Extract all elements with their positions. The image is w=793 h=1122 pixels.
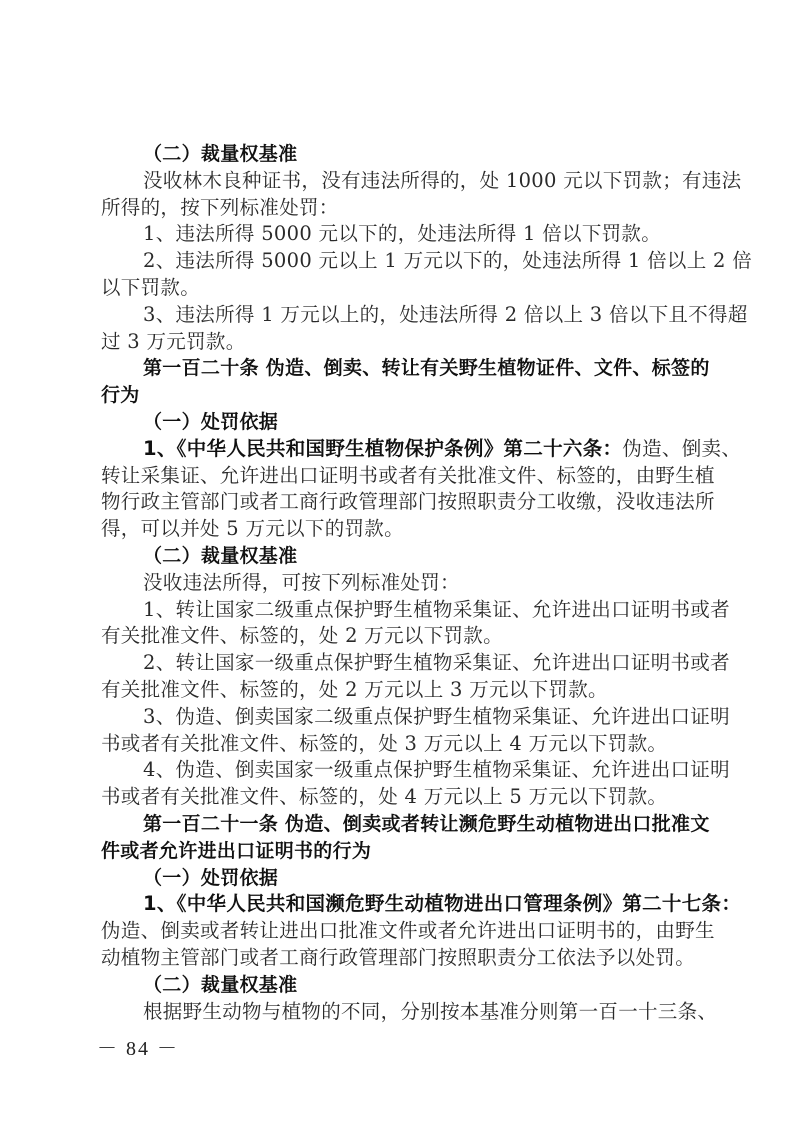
text-line: 所得的，按下列标准处罚： [101, 195, 691, 222]
text-line: 行为 [101, 382, 691, 409]
article-heading: 第一百二十条 伪造、倒卖、转让有关野生植物证件、文件、标签的行为 [101, 355, 691, 409]
text-line: （一）处罚依据 [101, 409, 691, 436]
text-line: 以下罚款。 [101, 275, 691, 302]
citation-title: 1、《中华人民共和国野生植物保护条例》第二十六条： [143, 437, 622, 460]
section-subheading: （二）裁量权基准 [101, 141, 691, 168]
text-line: 有关批准文件、标签的，处 2 万元以下罚款。 [101, 623, 691, 650]
text-line: 第一百二十条 伪造、倒卖、转让有关野生植物证件、文件、标签的 [101, 355, 691, 382]
text-line: 件或者允许进出口证明书的行为 [101, 838, 691, 865]
text-line: 1、《中华人民共和国野生植物保护条例》第二十六条：伪造、倒卖、 [101, 436, 691, 463]
text-line: （二）裁量权基准 [101, 543, 691, 570]
text-line: （二）裁量权基准 [101, 141, 691, 168]
text-line: 书或者有关批准文件、标签的，处 3 万元以上 4 万元以下罚款。 [101, 731, 691, 758]
text-line: 2、转让国家一级重点保护野生植物采集证、允许进出口证明书或者 [101, 650, 691, 677]
text-line: 有关批准文件、标签的，处 2 万元以上 3 万元以下罚款。 [101, 677, 691, 704]
page-number: － 84 － [97, 1032, 179, 1061]
paragraph: 2、转让国家一级重点保护野生植物采集证、允许进出口证明书或者有关批准文件、标签的… [101, 650, 691, 704]
text-line: 没收林木良种证书，没有违法所得的，处 1000 元以下罚款；有违法 [101, 168, 691, 195]
text-line: 2、违法所得 5000 元以上 1 万元以下的，处违法所得 1 倍以上 2 倍 [101, 248, 691, 275]
article-heading: 第一百二十一条 伪造、倒卖或者转让濒危野生动植物进出口批准文件或者允许进出口证明… [101, 811, 691, 865]
legal-citation: 1、《中华人民共和国濒危野生动植物进出口管理条例》第二十七条：伪造、倒卖或者转让… [101, 891, 691, 971]
paragraph: 3、伪造、倒卖国家二级重点保护野生植物采集证、允许进出口证明书或者有关批准文件、… [101, 704, 691, 758]
citation-text: 伪造、倒卖、 [622, 437, 741, 460]
text-line: 1、《中华人民共和国濒危野生动植物进出口管理条例》第二十七条： [101, 891, 691, 918]
text-line: 没收违法所得，可按下列标准处罚： [101, 570, 691, 597]
paragraph: 没收林木良种证书，没有违法所得的，处 1000 元以下罚款；有违法所得的，按下列… [101, 168, 691, 222]
paragraph: 1、违法所得 5000 元以下的，处违法所得 1 倍以下罚款。 [101, 221, 691, 248]
text-line: （一）处罚依据 [101, 865, 691, 892]
paragraph: 4、伪造、倒卖国家一级重点保护野生植物采集证、允许进出口证明书或者有关批准文件、… [101, 757, 691, 811]
section-subheading: （二）裁量权基准 [101, 543, 691, 570]
text-line: 物行政主管部门或者工商行政管理部门按照职责分工收缴，没收违法所 [101, 489, 691, 516]
section-subheading: （一）处罚依据 [101, 865, 691, 892]
text-line: （二）裁量权基准 [101, 972, 691, 999]
section-subheading: （一）处罚依据 [101, 409, 691, 436]
text-line: 书或者有关批准文件、标签的，处 4 万元以上 5 万元以下罚款。 [101, 784, 691, 811]
text-line: 第一百二十一条 伪造、倒卖或者转让濒危野生动植物进出口批准文 [101, 811, 691, 838]
paragraph: 3、违法所得 1 万元以上的，处违法所得 2 倍以上 3 倍以下且不得超过 3 … [101, 302, 691, 356]
citation-title: 1、《中华人民共和国濒危野生动植物进出口管理条例》第二十七条： [143, 892, 741, 915]
paragraph: 2、违法所得 5000 元以上 1 万元以下的，处违法所得 1 倍以上 2 倍以… [101, 248, 691, 302]
text-line: 得，可以并处 5 万元以下的罚款。 [101, 516, 691, 543]
text-line: 转让采集证、允许进出口证明书或者有关批准文件、标签的，由野生植 [101, 463, 691, 490]
text-line: 动植物主管部门或者工商行政管理部门按照职责分工依法予以处罚。 [101, 945, 691, 972]
text-line: 3、违法所得 1 万元以上的，处违法所得 2 倍以上 3 倍以下且不得超 [101, 302, 691, 329]
text-line: 1、转让国家二级重点保护野生植物采集证、允许进出口证明书或者 [101, 597, 691, 624]
document-body: （二）裁量权基准没收林木良种证书，没有违法所得的，处 1000 元以下罚款；有违… [101, 141, 691, 1025]
paragraph: 根据野生动物与植物的不同，分别按本基准分则第一百一十三条、 [101, 999, 691, 1026]
paragraph: 没收违法所得，可按下列标准处罚： [101, 570, 691, 597]
paragraph: 1、转让国家二级重点保护野生植物采集证、允许进出口证明书或者有关批准文件、标签的… [101, 597, 691, 651]
text-line: 过 3 万元罚款。 [101, 329, 691, 356]
text-line: 3、伪造、倒卖国家二级重点保护野生植物采集证、允许进出口证明 [101, 704, 691, 731]
text-line: 1、违法所得 5000 元以下的，处违法所得 1 倍以下罚款。 [101, 221, 691, 248]
section-subheading: （二）裁量权基准 [101, 972, 691, 999]
text-line: 根据野生动物与植物的不同，分别按本基准分则第一百一十三条、 [101, 999, 691, 1026]
text-line: 伪造、倒卖或者转让进出口批准文件或者允许进出口证明书的，由野生 [101, 918, 691, 945]
text-line: 4、伪造、倒卖国家一级重点保护野生植物采集证、允许进出口证明 [101, 757, 691, 784]
legal-citation: 1、《中华人民共和国野生植物保护条例》第二十六条：伪造、倒卖、转让采集证、允许进… [101, 436, 691, 543]
